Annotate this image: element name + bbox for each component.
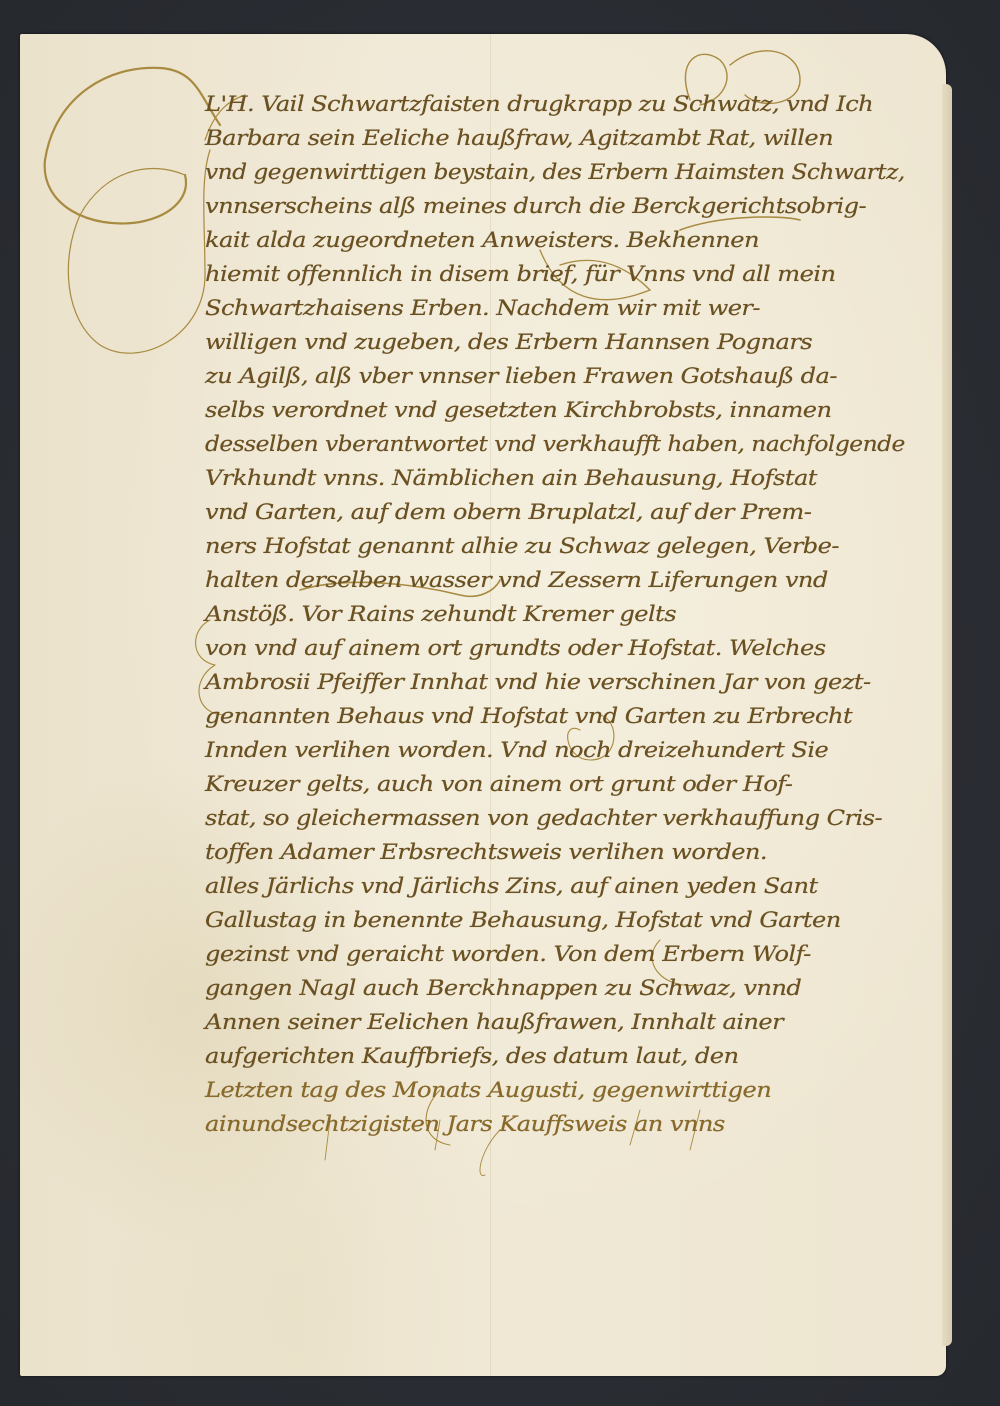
text-line: vnd Garten, auf dem obern Bruplatzl, auf… xyxy=(205,500,811,534)
text-line: stat, so gleichermassen von gedachter ve… xyxy=(205,806,882,840)
text-line: gezinst vnd geraicht worden. Von dem Erb… xyxy=(205,942,811,976)
text-line: von vnd auf ainem ort grundts oder Hofst… xyxy=(205,636,826,670)
text-line: Ambrosii Pfeiffer Innhat vnd hie verschi… xyxy=(205,670,871,704)
text-line: zu Agilß, alß vber vnnser lieben Frawen … xyxy=(205,364,837,398)
text-line: Gallustag in benennte Behausung, Hofstat… xyxy=(205,908,841,942)
text-line: vnd gegenwirttigen beystain, des Erbern … xyxy=(205,160,905,194)
text-line: genannten Behaus vnd Hofstat vnd Garten … xyxy=(205,704,852,738)
text-line: willigen vnd zugeben, des Erbern Hannsen… xyxy=(205,330,812,364)
text-line: alles Järlichs vnd Järlichs Zins, auf ai… xyxy=(205,874,818,908)
text-line: Schwartzhaisens Erben. Nachdem wir mit w… xyxy=(205,296,760,330)
text-line: hiemit offennlich in disem brief, für Vn… xyxy=(205,262,835,296)
text-line: desselben vberantwortet vnd verkhaufft h… xyxy=(205,432,905,466)
text-line: Annen seiner Eelichen haußfrawen, Innhal… xyxy=(205,1010,783,1044)
text-line: Innden verlihen worden. Vnd noch dreizeh… xyxy=(205,738,828,772)
paper-edge xyxy=(942,84,952,1346)
text-line: Barbara sein Eeliche haußfraw, Agitzambt… xyxy=(205,126,833,160)
text-line: vnnserscheins alß meines durch die Berck… xyxy=(205,194,866,228)
text-line: toffen Adamer Erbsrechtsweis verlihen wo… xyxy=(205,840,767,874)
text-line: Anstöß. Vor Rains zehundt Kremer gelts xyxy=(205,602,676,636)
text-line: ainundsechtzigisten Jars Kauffsweis an v… xyxy=(205,1112,725,1146)
text-line: ners Hofstat genannt alhie zu Schwaz gel… xyxy=(205,534,839,568)
text-line: Kreuzer gelts, auch von ainem ort grunt … xyxy=(205,772,792,806)
text-line: halten derselben wasser vnd Zessern Life… xyxy=(205,568,828,602)
text-line: selbs verordnet vnd gesetzten Kirchbrobs… xyxy=(205,398,831,432)
text-line: Vrkhundt vnns. Nämblichen ain Behausung,… xyxy=(205,466,817,500)
text-line: aufgerichten Kauffbriefs, des datum laut… xyxy=(205,1044,738,1078)
text-line: kait alda zugeordneten Anweisters. Bekhe… xyxy=(205,228,759,262)
text-line: L'H. Vail Schwartzfaisten drugkrapp zu S… xyxy=(205,92,873,126)
text-line: Letzten tag des Monats Augusti, gegenwir… xyxy=(205,1078,771,1112)
text-line: gangen Nagl auch Berckhnappen zu Schwaz,… xyxy=(205,976,801,1010)
